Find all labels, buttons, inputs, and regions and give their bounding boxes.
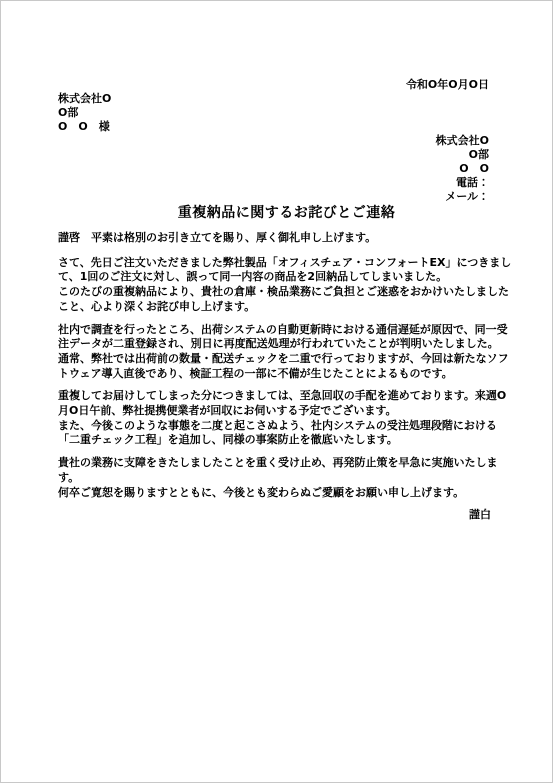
body-paragraph: さて、先日ご注文いただきました弊社製品「オフィスチェア・コンフォートEX」につき… (58, 256, 515, 315)
recipient-company: 株式会社O (58, 92, 515, 106)
letter-date: 令和O年O月O日 (58, 78, 515, 92)
paragraph-line: また、今後このような事態を二度と起こさぬよう、社内システムの受注処理段階における… (58, 419, 515, 448)
paragraph-line: 社内で調査を行ったところ、出荷システムの自動更新時における通信遅延が原因で、同一… (58, 323, 515, 352)
recipient-block: 株式会社O O部 O O 様 (58, 92, 515, 134)
paragraph-line: このたびの重複納品により、貴社の倉庫・検品業務にご負担とご迷惑をおかけいたしまし… (58, 285, 515, 314)
closing-word: 謹白 (58, 508, 515, 523)
sender-company: 株式会社O (58, 134, 515, 148)
sender-department: O部 (58, 148, 515, 162)
greeting-line: 謹啓 平素は格別のお引き立てを賜り、厚く御礼申し上げます。 (58, 231, 515, 246)
sender-name: O O (58, 162, 515, 176)
recipient-name: O O 様 (58, 120, 515, 134)
letter-title: 重複納品に関するお詫びとご連絡 (58, 206, 515, 221)
recipient-department: O部 (58, 106, 515, 120)
sender-phone-label: 電話： (58, 176, 515, 190)
body-paragraph: 重複してお届けしてしまった分につきましては、至急回収の手配を進めております。来週… (58, 389, 515, 448)
sender-block: 株式会社O O部 O O 電話： メール： (58, 134, 515, 204)
paragraph-line: 通常、弊社では出荷前の数量・配送チェックを二重で行っておりますが、今回は新たなソ… (58, 352, 515, 381)
paragraph-line: 重複してお届けしてしまった分につきましては、至急回収の手配を進めております。来週… (58, 389, 515, 418)
sender-email-label: メール： (58, 190, 515, 204)
document-page: 令和O年O月O日 株式会社O O部 O O 様 株式会社O O部 O O 電話：… (0, 0, 553, 783)
paragraph-line: 何卒ご寛恕を賜りますとともに、今後とも変わらぬご愛顧をお願い申し上げます。 (58, 486, 515, 501)
paragraph-line: 貴社の業務に支障をきたしましたことを重く受け止め、再発防止策を早急に実施いたしま… (58, 456, 515, 485)
paragraph-line: さて、先日ご注文いただきました弊社製品「オフィスチェア・コンフォートEX」につき… (58, 256, 515, 285)
body-paragraph: 貴社の業務に支障をきたしましたことを重く受け止め、再発防止策を早急に実施いたしま… (58, 456, 515, 500)
body-paragraph: 社内で調査を行ったところ、出荷システムの自動更新時における通信遅延が原因で、同一… (58, 323, 515, 382)
